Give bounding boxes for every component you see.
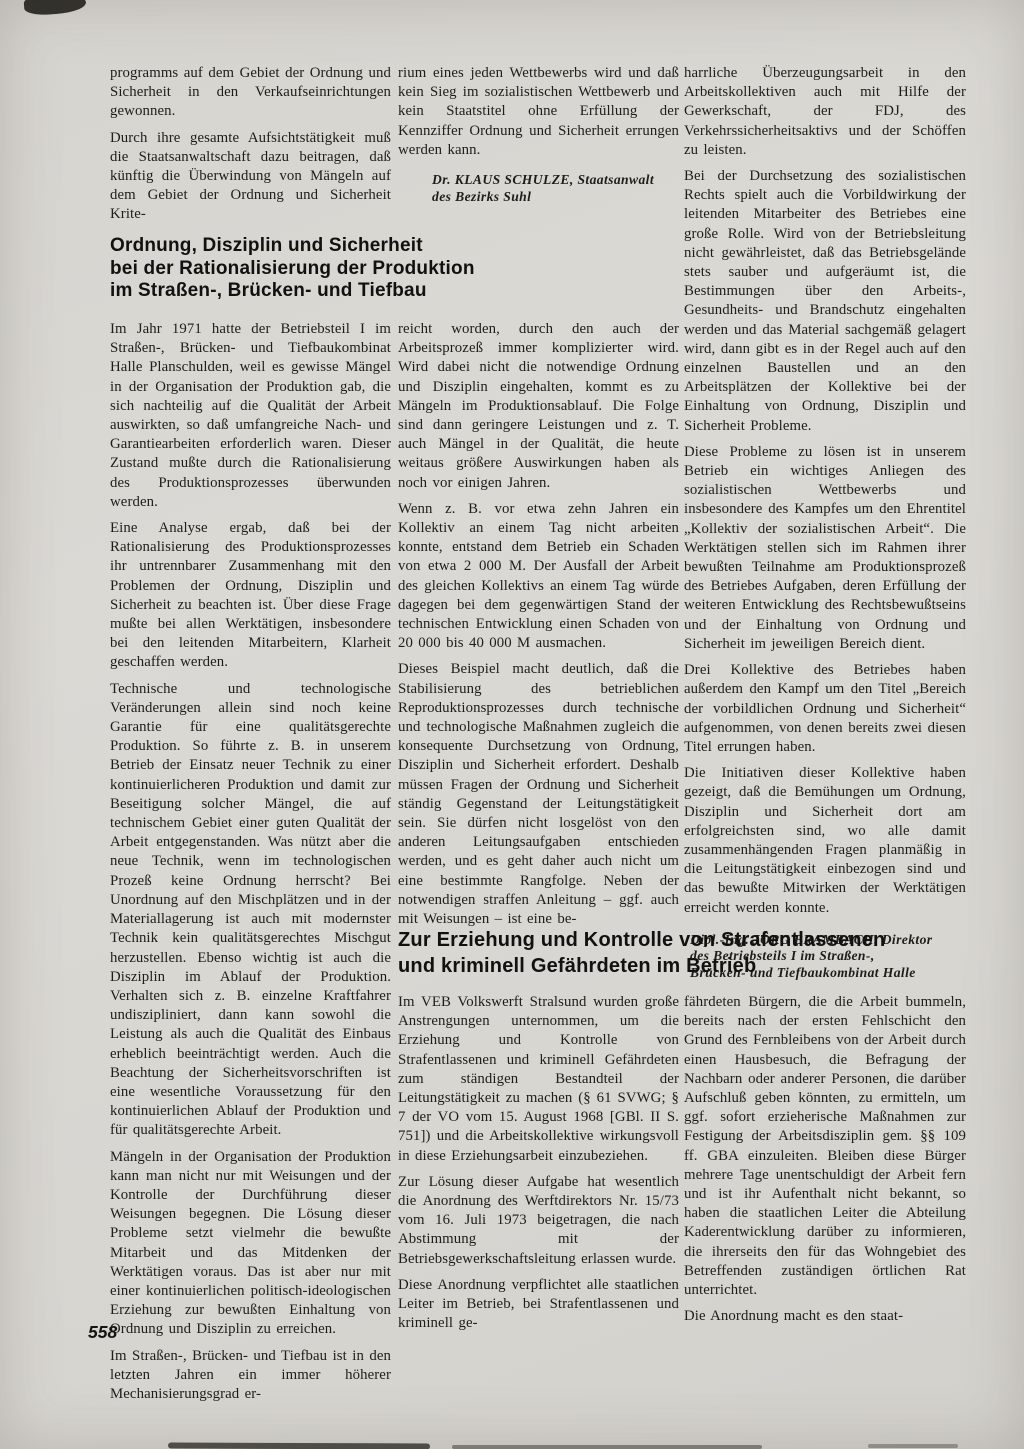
article-title-line: im Straßen-, Brücken- und Tiefbau — [110, 280, 610, 303]
scan-artifact — [868, 1444, 958, 1448]
paragraph: Mängeln in der Organisation der Produkti… — [110, 1148, 391, 1340]
scan-artifact — [452, 1445, 762, 1449]
paragraph: programms auf dem Gebiet der Ordnung und… — [110, 64, 391, 122]
paragraph: Technische und technologische Veränderun… — [110, 680, 391, 1141]
scanned-journal-page: programms auf dem Gebiet der Ordnung und… — [0, 0, 1024, 1449]
article-title-line: Zur Erziehung und Kontrolle von Strafent… — [398, 928, 973, 954]
article-prosecutor-column-1: programms auf dem Gebiet der Ordnung und… — [110, 64, 391, 225]
paragraph: Zur Lösung dieser Aufgabe hat wesentlich… — [398, 1173, 679, 1269]
paragraph: rium eines jeden Wettbewerbs wird und da… — [398, 64, 679, 160]
paragraph: Durch ihre gesamte Aufsichtstätigkeit mu… — [110, 129, 391, 225]
paragraph: Im Straßen-, Brücken- und Tiefbau ist in… — [110, 1347, 391, 1405]
paragraph: Eine Analyse ergab, daß bei der Rational… — [110, 519, 391, 673]
paragraph: Im VEB Volkswerft Stralsund wurden große… — [398, 993, 679, 1166]
paragraph: Die Anordnung macht es den staat- — [684, 1307, 966, 1326]
paragraph: Wenn z. B. vor etwa zehn Jahren ein Koll… — [398, 500, 679, 654]
article-erziehung-column-2: Im VEB Volkswerft Stralsund wurden große… — [398, 993, 679, 1333]
paragraph: Diese Anordnung verpflichtet alle staatl… — [398, 1276, 679, 1334]
paragraph: Dieses Beispiel macht deutlich, daß die … — [398, 660, 679, 929]
article-rationalisierung-column-2: reicht worden, durch den auch der Arbeit… — [398, 320, 679, 929]
article-title: Zur Erziehung und Kontrolle von Strafent… — [398, 928, 973, 979]
paragraph: Bei der Durchsetzung des sozialistischen… — [684, 167, 966, 436]
paragraph: fährdeten Bürgern, die die Arbeit bummel… — [684, 993, 966, 1300]
page-number: 558 — [88, 1322, 117, 1343]
paragraph: Drei Kollektive des Betriebes haben auße… — [684, 661, 966, 757]
paragraph: Die Initiativen dieser Kollektive haben … — [684, 764, 966, 918]
article-rationalisierung-column-3: harrliche Überzeugungsarbeit in den Arbe… — [684, 64, 966, 981]
article-prosecutor-column-2: rium eines jeden Wettbewerbs wird und da… — [398, 64, 679, 205]
paragraph: reicht worden, durch den auch der Arbeit… — [398, 320, 679, 493]
author-signature: Dr. KLAUS SCHULZE, Staatsanwalt des Bezi… — [432, 172, 679, 205]
scan-artifact — [168, 1443, 430, 1449]
scan-artifact — [23, 0, 86, 16]
article-title-line: bei der Rationalisierung der Produktion — [110, 258, 610, 281]
paragraph: harrliche Überzeugungsarbeit in den Arbe… — [684, 64, 966, 160]
article-title-line: und kriminell Gefährdeten im Betrieb — [398, 954, 973, 980]
paragraph: Diese Probleme zu lösen ist in unserem B… — [684, 443, 966, 654]
paragraph: Im Jahr 1971 hatte der Betriebsteil I im… — [110, 320, 391, 512]
article-rationalisierung-column-1: Im Jahr 1971 hatte der Betriebsteil I im… — [110, 320, 391, 1404]
article-title-line: Ordnung, Disziplin und Sicherheit — [110, 235, 610, 258]
article-erziehung-column-3: fährdeten Bürgern, die die Arbeit bummel… — [684, 993, 966, 1326]
article-title: Ordnung, Disziplin und Sicherheit bei de… — [110, 235, 610, 303]
